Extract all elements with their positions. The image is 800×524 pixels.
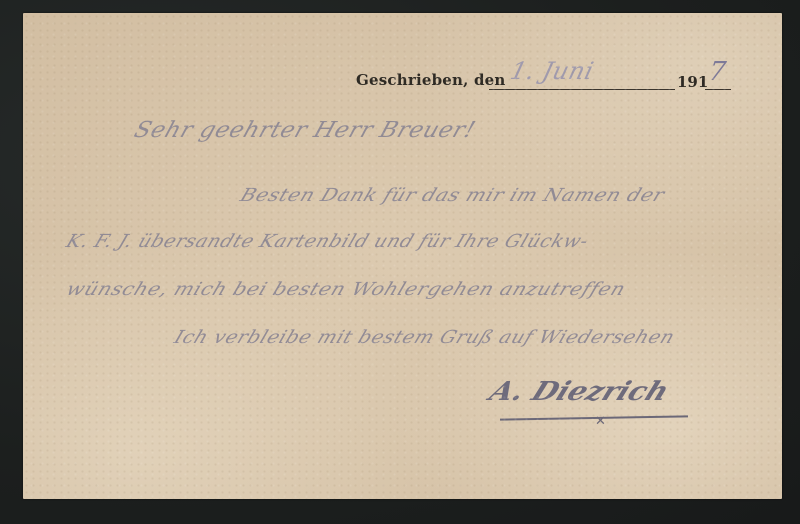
body-line: wünsche, mich bei besten Wohlergehen anz… (63, 279, 628, 300)
date-underline (489, 89, 675, 90)
handwritten-date: 1. Juni (508, 57, 597, 85)
printed-date-label: Geschrieben, den (356, 71, 506, 89)
closing-line: Ich verbleibe mit bestem Gruß auf Wieder… (171, 327, 678, 348)
signature-flourish-icon: ✕ (595, 417, 605, 427)
body-line: Besten Dank für das mir im Namen der (237, 185, 667, 206)
salutation: Sehr geehrter Herr Breuer! (131, 118, 479, 143)
handwritten-year-digit: 7 (707, 57, 728, 87)
signature: A. Diezrich (485, 377, 673, 407)
year-underline (705, 89, 731, 90)
printed-year-prefix: 191 (677, 73, 708, 91)
letter-card: Geschrieben, den 1. Juni 191 7 Sehr geeh… (23, 13, 782, 499)
signature-underline (500, 415, 688, 420)
body-line: K. F. J. übersandte Kartenbild und für I… (63, 231, 591, 252)
